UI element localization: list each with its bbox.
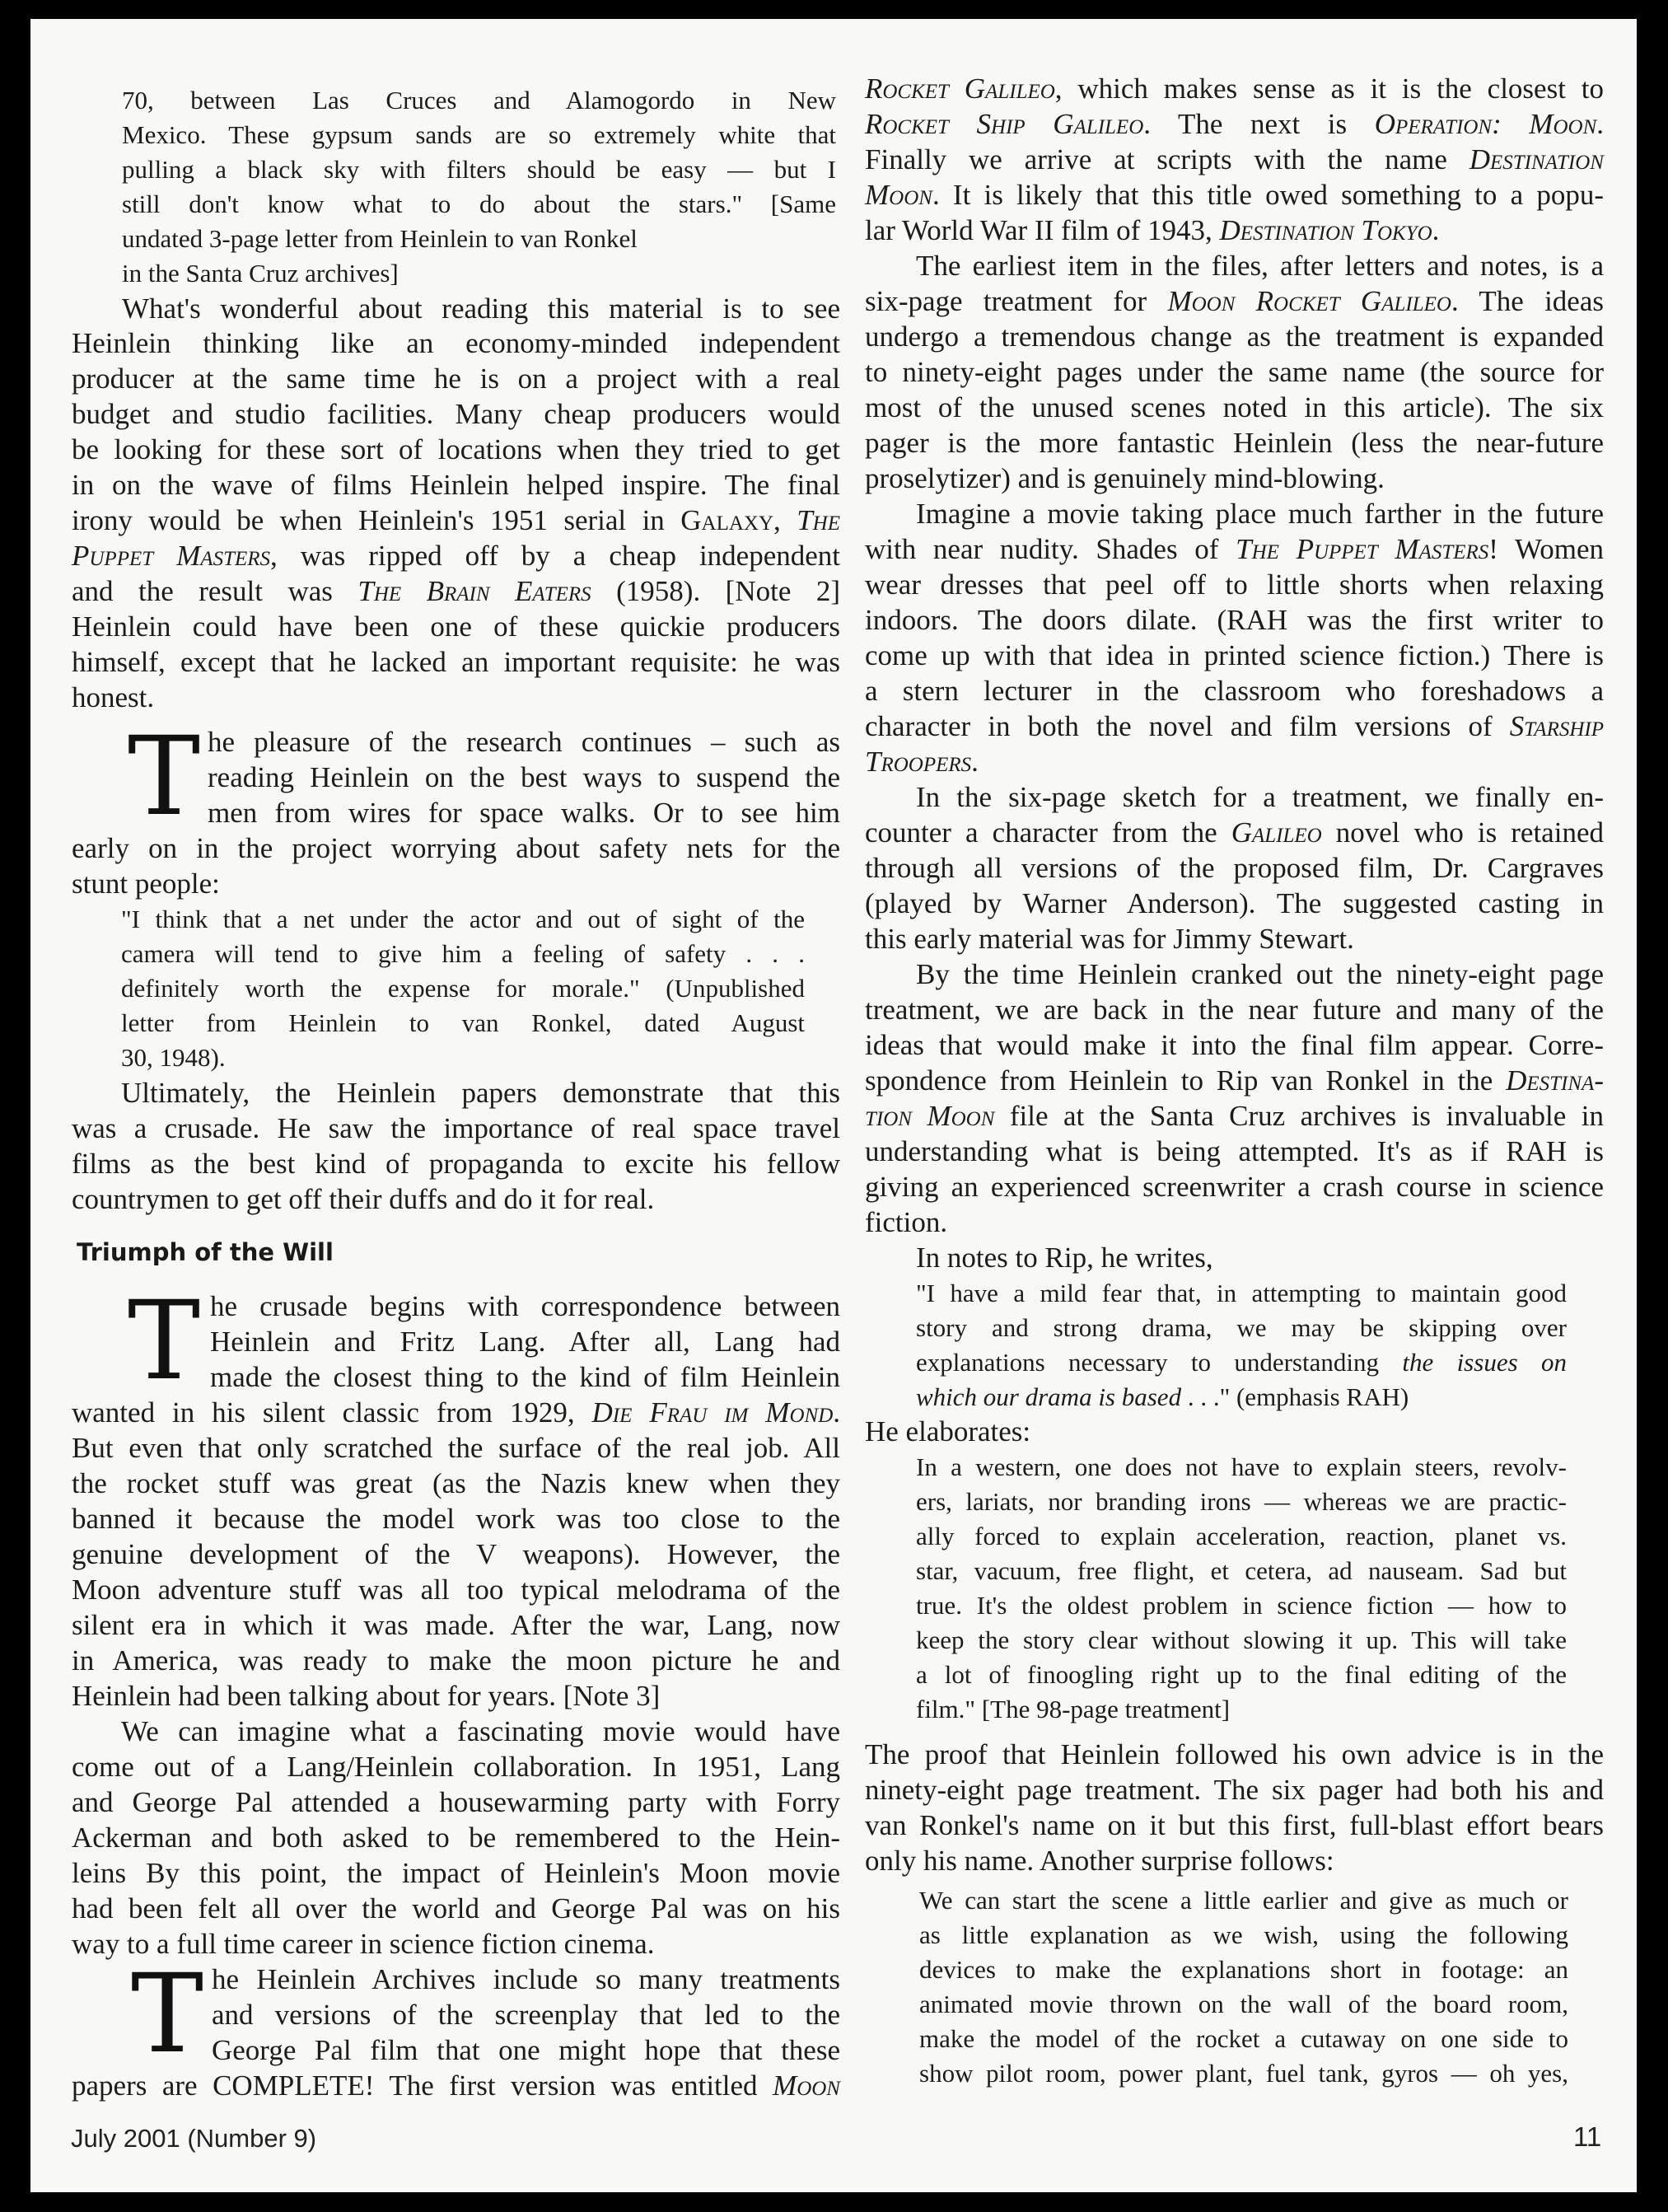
text-line: come out of a Lang/Heinlein collaboratio…	[72, 1750, 840, 1784]
text-run: In the six-page sketch for a treatment, …	[916, 781, 1604, 813]
title-italic-smallcaps: Destination Tokyo	[1219, 214, 1432, 246]
quote-line: devices to make the explanations short i…	[919, 1952, 1568, 1987]
text-run: and versions of the screenplay that led …	[212, 1999, 840, 2031]
text-run: true. It's the oldest problem in science…	[916, 1591, 1567, 1620]
text-line: wear dresses that peel off to little sho…	[865, 568, 1604, 602]
text-line: pager is the more fantastic Heinlein (le…	[865, 426, 1604, 461]
text-run: lar World War II film of 1943,	[865, 214, 1219, 246]
magazine-page: Triumph of the Will T T T July 2001 (Num…	[30, 19, 1637, 2192]
text-run: treatment, we are back in the near futur…	[865, 994, 1604, 1026]
text-run: camera will tend to give him a feeling o…	[121, 939, 805, 968]
text-line: a stern lecturer in the classroom who fo…	[865, 674, 1604, 708]
text-line: Ackerman and both asked to be remembered…	[72, 1821, 840, 1855]
text-run: ally forced to explain acceleration, rea…	[916, 1522, 1567, 1550]
text-run: We can imagine what a fascinating movie …	[121, 1715, 840, 1747]
text-line: By the time Heinlein cranked out the nin…	[916, 957, 1604, 992]
text-line: lar World War II film of 1943, Destinati…	[865, 213, 1604, 248]
text-run: countrymen to get off their duffs and do…	[72, 1183, 654, 1215]
section-heading: Triumph of the Will	[77, 1238, 334, 1266]
text-line: had been felt all over the world and Geo…	[72, 1892, 840, 1926]
text-run: definitely worth the expense for morale.…	[121, 974, 805, 1003]
text-line: way to a full time career in science fic…	[72, 1927, 840, 1962]
quote-line: camera will tend to give him a feeling o…	[121, 937, 805, 971]
text-line: But even that only scratched the surface…	[72, 1431, 840, 1466]
text-run: early on in the project worrying about s…	[72, 832, 840, 864]
text-run: make the model of the rocket a cutaway o…	[919, 2024, 1568, 2053]
text-line: early on in the project worrying about s…	[72, 831, 840, 866]
text-run: through all versions of the proposed fil…	[865, 852, 1604, 884]
text-run: .	[971, 746, 979, 778]
quote-line: still don't know what to do about the st…	[122, 187, 836, 222]
text-run: in America, was ready to make the moon p…	[72, 1644, 840, 1677]
quote-line: ally forced to explain acceleration, rea…	[916, 1519, 1567, 1554]
text-run: The proof that Heinlein followed his own…	[865, 1738, 1604, 1770]
text-run: Mexico. These gypsum sands are so extrem…	[122, 120, 836, 149]
text-run: he crusade begins with correspondence be…	[210, 1290, 840, 1322]
quote-line: film." [The 98-page treatment]	[916, 1692, 1567, 1727]
text-run: to ninety-eight pages under the same nam…	[865, 356, 1604, 388]
text-run: wanted in his silent classic from 1929,	[72, 1396, 592, 1429]
text-run: banned it because the model work was too…	[72, 1503, 840, 1535]
text-line: films as the best kind of propaganda to …	[72, 1147, 840, 1181]
text-run: explanations necessary to understanding	[916, 1348, 1402, 1377]
text-line: Moon. It is likely that this title owed …	[865, 178, 1604, 213]
text-run: Imagine a movie taking place much farthe…	[916, 498, 1604, 530]
text-run: fiction.	[865, 1206, 947, 1238]
quote-line: ers, lariats, nor branding irons — where…	[916, 1485, 1567, 1519]
quote-line: a lot of finoogling right up to the fina…	[916, 1658, 1567, 1692]
text-line: Troopers.	[865, 745, 1604, 779]
text-line: genuine development of the V weapons). H…	[72, 1537, 840, 1572]
text-run: was a crusade. He saw the importance of …	[72, 1112, 840, 1144]
text-line: The earliest item in the files, after le…	[916, 249, 1604, 283]
text-run: But even that only scratched the surface…	[72, 1432, 840, 1464]
text-run: stunt people:	[72, 867, 220, 900]
emphasis-italic: which our drama is based	[916, 1382, 1181, 1411]
text-run: The earliest item in the files, after le…	[916, 250, 1604, 282]
text-line: and George Pal attended a housewarming p…	[72, 1785, 840, 1820]
text-line: papers are COMPLETE! The first version w…	[72, 2069, 840, 2103]
text-run: reading Heinlein on the best ways to sus…	[208, 761, 840, 793]
text-line: In notes to Rip, he writes,	[916, 1241, 1604, 1275]
text-line: irony would be when Heinlein's 1951 seri…	[72, 503, 840, 538]
quote-line: make the model of the rocket a cutaway o…	[919, 2022, 1568, 2056]
page-number: 11	[1573, 2121, 1601, 2153]
text-run: understanding what is being attempted. I…	[865, 1135, 1604, 1167]
text-run: ,	[773, 504, 797, 536]
text-line: proselytizer) and is genuinely mind-blow…	[865, 461, 1604, 496]
text-run: made the closest thing to the kind of fi…	[210, 1361, 840, 1393]
text-line: only his name. Another surprise follows:	[865, 1844, 1604, 1878]
text-run: Heinlein could have been one of these qu…	[72, 610, 840, 643]
text-line: he Heinlein Archives include so many tre…	[212, 1962, 840, 1997]
text-line: Finally we arrive at scripts with the na…	[865, 143, 1604, 177]
text-run: men from wires for space walks. Or to se…	[208, 797, 840, 829]
text-line: most of the unused scenes noted in this …	[865, 390, 1604, 425]
text-line: The proof that Heinlein followed his own…	[865, 1737, 1604, 1772]
text-run: giving an experienced screenwriter a cra…	[865, 1171, 1604, 1203]
title-italic-smallcaps: The Brain Eaters	[357, 575, 591, 607]
title-italic-smallcaps: Destination	[1469, 143, 1604, 175]
text-line: Heinlein could have been one of these qu…	[72, 610, 840, 644]
text-run: only his name. Another surprise follows:	[865, 1845, 1334, 1877]
text-run: In notes to Rip, he writes,	[916, 1242, 1213, 1274]
text-run: pulling a black sky with filters should …	[122, 155, 836, 184]
title-italic-smallcaps: Moon	[773, 2069, 840, 2102]
text-line: in America, was ready to make the moon p…	[72, 1644, 840, 1678]
quote-line: definitely worth the expense for morale.…	[121, 971, 805, 1006]
text-line: in on the wave of films Heinlein helped …	[72, 468, 840, 503]
text-run: papers are COMPLETE! The first version w…	[72, 2069, 773, 2102]
text-run: show pilot room, power plant, fuel tank,…	[919, 2059, 1568, 2088]
text-run: keep the story clear without slowing it …	[916, 1625, 1567, 1654]
text-run: with near nudity. Shades of	[865, 533, 1236, 565]
text-line: Puppet Masters, was ripped off by a chea…	[72, 539, 840, 573]
text-run: By the time Heinlein cranked out the nin…	[916, 958, 1604, 990]
text-run: in the Santa Cruz archives]	[122, 259, 399, 288]
text-run: come up with that idea in printed scienc…	[865, 639, 1604, 671]
text-run: undated 3-page letter from Heinlein to v…	[122, 224, 638, 253]
title-italic-smallcaps: Troopers	[865, 746, 971, 778]
text-line: was a crusade. He saw the importance of …	[72, 1111, 840, 1146]
text-run: letter from Heinlein to van Ronkel, date…	[121, 1008, 805, 1037]
text-run: counter a character from the	[865, 816, 1231, 849]
text-run: in on the wave of films Heinlein helped …	[72, 469, 840, 501]
title-smallcaps: Galaxy	[680, 504, 773, 536]
text-line: spondence from Heinlein to Rip van Ronke…	[865, 1064, 1604, 1098]
text-line: budget and studio facilities. Many cheap…	[72, 397, 840, 432]
text-run: story and strong drama, we may be skippi…	[916, 1313, 1567, 1342]
text-run: ers, lariats, nor branding irons — where…	[916, 1487, 1567, 1516]
quote-line: story and strong drama, we may be skippi…	[916, 1311, 1567, 1345]
text-line: and versions of the screenplay that led …	[212, 1998, 840, 2032]
text-line: Imagine a movie taking place much farthe…	[916, 497, 1604, 531]
text-run: novel who is retained	[1322, 816, 1604, 849]
text-line: silent era in which it was made. After t…	[72, 1608, 840, 1643]
text-line: counter a character from the Galileo nov…	[865, 816, 1604, 850]
title-italic-smallcaps: The	[797, 504, 840, 536]
text-run: he pleasure of the research continues – …	[208, 726, 840, 758]
text-run: "I think that a net under the actor and …	[121, 905, 805, 933]
text-line: George Pal film that one might hope that…	[212, 2033, 840, 2068]
text-line: Heinlein thinking like an economy-minded…	[72, 326, 840, 361]
text-run: six-page treatment for	[865, 285, 1167, 317]
quote-line: "I think that a net under the actor and …	[121, 902, 805, 937]
text-run: animated movie thrown on the wall of the…	[919, 1990, 1568, 2018]
text-line: Rocket Galileo, which makes sense as it …	[865, 72, 1604, 106]
text-run: he Heinlein Archives include so many tre…	[212, 1963, 840, 1995]
quote-line: pulling a black sky with filters should …	[122, 152, 836, 187]
text-run: . It is likely that this title owed some…	[932, 179, 1604, 211]
text-run: film." [The 98-page treatment]	[916, 1695, 1230, 1723]
title-italic-smallcaps: Puppet Masters	[72, 540, 270, 572]
title-italic-smallcaps: Rocket Galileo	[865, 72, 1055, 105]
text-run: .	[1596, 108, 1604, 140]
text-line: character in both the novel and film ver…	[865, 709, 1604, 744]
text-line: to ninety-eight pages under the same nam…	[865, 355, 1604, 390]
text-run: a stern lecturer in the classroom who fo…	[865, 675, 1604, 707]
text-line: the rocket stuff was great (as the Nazis…	[72, 1466, 840, 1501]
text-line: men from wires for space walks. Or to se…	[208, 796, 840, 830]
title-italic-smallcaps: The Puppet Masters	[1236, 533, 1488, 565]
text-line: he pleasure of the research continues – …	[208, 725, 840, 760]
text-run: .	[1432, 214, 1440, 246]
text-run: as little explanation as we wish, using …	[919, 1920, 1568, 1949]
text-run: 70, between Las Cruces and Alamogordo in…	[122, 86, 836, 115]
text-run: George Pal film that one might hope that…	[212, 2034, 840, 2066]
text-line: wanted in his silent classic from 1929, …	[72, 1396, 840, 1430]
text-run: ! Women	[1488, 533, 1604, 565]
title-italic-smallcaps: Rocket Ship Galileo	[865, 108, 1143, 140]
text-line: Heinlein had been talking about for year…	[72, 1679, 840, 1714]
quote-line: which our drama is based . . ." (emphasi…	[916, 1380, 1567, 1415]
text-run: 30, 1948).	[121, 1043, 226, 1072]
quote-line: explanations necessary to understanding …	[916, 1345, 1567, 1380]
text-run: the rocket stuff was great (as the Nazis…	[72, 1467, 840, 1499]
text-line: Heinlein and Fritz Lang. After all, Lang…	[210, 1325, 840, 1359]
text-run: silent era in which it was made. After t…	[72, 1609, 840, 1641]
text-line: understanding what is being attempted. I…	[865, 1134, 1604, 1169]
quote-line: star, vacuum, free flight, et cetera, ad…	[916, 1554, 1567, 1588]
text-run: In a western, one does not have to expla…	[916, 1452, 1567, 1481]
text-run: Heinlein thinking like an economy-minded…	[72, 327, 840, 359]
text-line: In the six-page sketch for a treatment, …	[916, 780, 1604, 815]
text-run: What's wonderful about reading this mate…	[122, 292, 840, 325]
drop-cap-3: T	[131, 1973, 203, 2055]
text-line: with near nudity. Shades of The Puppet M…	[865, 532, 1604, 567]
quote-line: animated movie thrown on the wall of the…	[919, 1987, 1568, 2022]
text-run: honest.	[72, 681, 154, 713]
text-run: this early material was for Jimmy Stewar…	[865, 923, 1354, 955]
text-line: fiction.	[865, 1205, 1604, 1240]
text-run: (1958). [Note 2]	[591, 575, 840, 607]
text-run: undergo a tremendous change as the treat…	[865, 320, 1604, 353]
text-line: indoors. The doors dilate. (RAH was the …	[865, 603, 1604, 638]
quote-line: 70, between Las Cruces and Alamogordo in…	[122, 83, 836, 118]
text-run: indoors. The doors dilate. (RAH was the …	[865, 604, 1604, 636]
quote-line: show pilot room, power plant, fuel tank,…	[919, 2056, 1568, 2091]
text-run: (played by Warner Anderson). The suggest…	[865, 887, 1604, 919]
text-run: leins By this point, the impact of Heinl…	[72, 1857, 840, 1889]
title-italic-smallcaps: Starship	[1510, 710, 1604, 742]
quote-line: undated 3-page letter from Heinlein to v…	[122, 222, 836, 256]
quote-line: Mexico. These gypsum sands are so extrem…	[122, 118, 836, 152]
title-italic-smallcaps: Operation: Moon	[1375, 108, 1597, 140]
text-line: be looking for these sort of locations w…	[72, 433, 840, 467]
text-run: be looking for these sort of locations w…	[72, 433, 840, 465]
text-run: most of the unused scenes noted in this …	[865, 391, 1604, 423]
emphasis-italic: the issues on	[1402, 1348, 1567, 1377]
text-run: "I have a mild fear that, in attempting …	[916, 1279, 1567, 1307]
text-run: ninety-eight page treatment. The six pag…	[865, 1774, 1604, 1806]
text-run: Heinlein had been talking about for year…	[72, 1680, 660, 1712]
drop-cap-1: T	[128, 736, 200, 818]
title-italic-smallcaps: Die Frau im Mond	[592, 1396, 834, 1429]
text-run: come out of a Lang/Heinlein collaboratio…	[72, 1751, 840, 1783]
title-italic-smallcaps: Moon Rocket Galileo	[1167, 285, 1451, 317]
text-line: ninety-eight page treatment. The six pag…	[865, 1773, 1604, 1807]
issue-footer: July 2001 (Number 9)	[71, 2124, 316, 2154]
text-line: He elaborates:	[865, 1415, 1604, 1449]
text-run: spondence from Heinlein to Rip van Ronke…	[865, 1064, 1506, 1097]
text-run: . The ideas	[1451, 285, 1604, 317]
text-run: He elaborates:	[865, 1415, 1030, 1447]
text-run: pager is the more fantastic Heinlein (le…	[865, 427, 1604, 459]
quote-line: as little explanation as we wish, using …	[919, 1918, 1568, 1952]
text-run: van Ronkel's name on it but this first, …	[865, 1809, 1604, 1841]
text-line: himself, except that he lacked an import…	[72, 645, 840, 680]
text-line: this early material was for Jimmy Stewar…	[865, 922, 1604, 956]
text-line: countrymen to get off their duffs and do…	[72, 1182, 840, 1217]
text-line: treatment, we are back in the near futur…	[865, 993, 1604, 1027]
quote-line: In a western, one does not have to expla…	[916, 1450, 1567, 1485]
quote-line: in the Santa Cruz archives]	[122, 256, 836, 291]
text-line: What's wonderful about reading this mate…	[122, 292, 840, 326]
title-italic-smallcaps: tion Moon	[865, 1100, 994, 1132]
text-line: honest.	[72, 680, 840, 715]
text-run: , which makes sense as it is the closest…	[1055, 72, 1604, 105]
text-run: , was ripped off by a cheap independent	[270, 540, 840, 572]
text-run: still don't know what to do about the st…	[122, 189, 836, 218]
text-run: We can start the scene a little earlier …	[919, 1886, 1568, 1915]
text-line: Moon adventure stuff was all too typical…	[72, 1573, 840, 1607]
text-line: he crusade begins with correspondence be…	[210, 1289, 840, 1324]
text-run: ideas that would make it into the final …	[865, 1029, 1604, 1061]
text-run: Heinlein and Fritz Lang. After all, Lang…	[210, 1326, 840, 1358]
text-line: Rocket Ship Galileo. The next is Operati…	[865, 107, 1604, 142]
text-run: irony would be when Heinlein's 1951 seri…	[72, 504, 680, 536]
text-run: and George Pal attended a housewarming p…	[72, 1786, 840, 1818]
text-line: We can imagine what a fascinating movie …	[121, 1714, 840, 1749]
text-run: Ackerman and both asked to be remembered…	[72, 1822, 840, 1854]
text-line: through all versions of the proposed fil…	[865, 851, 1604, 886]
text-line: undergo a tremendous change as the treat…	[865, 320, 1604, 354]
text-line: van Ronkel's name on it but this first, …	[865, 1808, 1604, 1843]
text-run: character in both the novel and film ver…	[865, 710, 1510, 742]
text-run: wear dresses that peel off to little sho…	[865, 568, 1604, 601]
text-run: Ultimately, the Heinlein papers demonstr…	[121, 1077, 840, 1109]
title-italic-smallcaps: Moon	[865, 179, 932, 211]
text-run: way to a full time career in science fic…	[72, 1928, 654, 1960]
quote-line: true. It's the oldest problem in science…	[916, 1588, 1567, 1623]
quote-line: "I have a mild fear that, in attempting …	[916, 1276, 1567, 1311]
text-line: reading Heinlein on the best ways to sus…	[208, 760, 840, 795]
text-line: tion Moon file at the Santa Cruz archive…	[865, 1099, 1604, 1134]
text-line: giving an experienced screenwriter a cra…	[865, 1170, 1604, 1204]
text-run: films as the best kind of propaganda to …	[72, 1148, 840, 1180]
title-italic-smallcaps: Galileo	[1231, 816, 1322, 849]
text-run: Moon adventure stuff was all too typical…	[72, 1574, 840, 1606]
quote-line: keep the story clear without slowing it …	[916, 1623, 1567, 1658]
text-run: and the result was	[72, 575, 357, 607]
title-italic-smallcaps: Destina-	[1506, 1064, 1604, 1097]
text-line: made the closest thing to the kind of fi…	[210, 1360, 840, 1395]
text-run: producer at the same time he is on a pro…	[72, 362, 840, 395]
text-run: . The next is	[1143, 108, 1374, 140]
text-run: himself, except that he lacked an import…	[72, 646, 840, 678]
text-run: genuine development of the V weapons). H…	[72, 1538, 840, 1570]
text-run: . . ." (emphasis RAH)	[1181, 1382, 1409, 1411]
text-line: six-page treatment for Moon Rocket Galil…	[865, 284, 1604, 319]
text-run: proselytizer) and is genuinely mind-blow…	[865, 462, 1385, 494]
text-line: Ultimately, the Heinlein papers demonstr…	[121, 1076, 840, 1111]
text-line: come up with that idea in printed scienc…	[865, 638, 1604, 673]
text-line: banned it because the model work was too…	[72, 1502, 840, 1536]
text-run: budget and studio facilities. Many cheap…	[72, 398, 840, 430]
text-run: devices to make the explanations short i…	[919, 1955, 1568, 1984]
quote-line: letter from Heinlein to van Ronkel, date…	[121, 1006, 805, 1041]
text-line: stunt people:	[72, 867, 840, 901]
text-line: and the result was The Brain Eaters (195…	[72, 574, 840, 609]
text-run: had been felt all over the world and Geo…	[72, 1892, 840, 1924]
text-line: ideas that would make it into the final …	[865, 1028, 1604, 1063]
text-run: .	[833, 1396, 840, 1429]
text-run: file at the Santa Cruz archives is inval…	[994, 1100, 1604, 1132]
text-line: producer at the same time he is on a pro…	[72, 362, 840, 396]
quote-line: We can start the scene a little earlier …	[919, 1883, 1568, 1918]
text-run: star, vacuum, free flight, et cetera, ad…	[916, 1556, 1567, 1585]
drop-cap-2: T	[128, 1300, 200, 1382]
text-line: (played by Warner Anderson). The suggest…	[865, 886, 1604, 921]
text-line: leins By this point, the impact of Heinl…	[72, 1856, 840, 1891]
quote-line: 30, 1948).	[121, 1041, 805, 1075]
text-run: Finally we arrive at scripts with the na…	[865, 143, 1469, 175]
text-run: a lot of finoogling right up to the fina…	[916, 1660, 1567, 1689]
